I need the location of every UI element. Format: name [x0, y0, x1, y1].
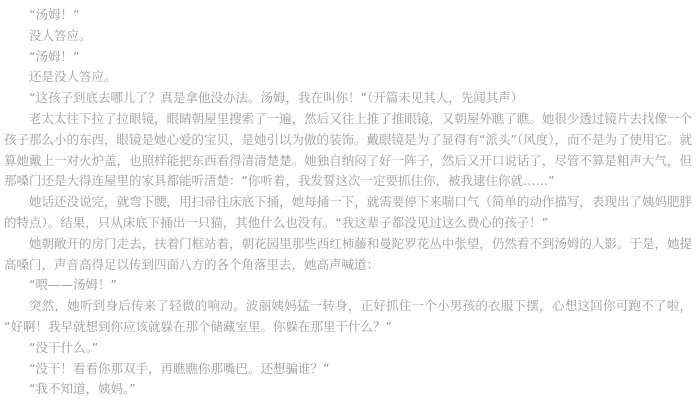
paragraph: 她话还没说完，就弯下腰，用扫帚往床底下捅，她每捅一下，就需要停下来喘口气（简单的…: [4, 192, 692, 234]
paragraph: “喂——汤姆！”: [4, 275, 692, 296]
paragraph: 老太太往下拉了拉眼镜，眼睛朝屋里搜索了一遍，然后又往上推了推眼镜，又朝屋外瞧了瞧…: [4, 109, 692, 192]
paragraph: “汤姆！”: [4, 5, 692, 26]
paragraph: “汤姆！”: [4, 47, 692, 68]
paragraph: 她朝敞开的房门走去，扶着门框站着，朝花园里那些西红柿藤和曼陀罗花丛中张望，仍然看…: [4, 234, 692, 276]
paragraph: “没干！看看你那双手，再瞧瞧你那嘴巴。还想骗谁？”: [4, 359, 692, 380]
paragraph: “这孩子到底去哪儿了？真是拿他没办法。汤姆，我在叫你！”（开篇未见其人，先闻其声…: [4, 88, 692, 109]
paragraph: “没干什么。”: [4, 338, 692, 359]
document-page: { "colors": { "background": "#ffffff", "…: [0, 0, 700, 400]
paragraph: 没人答应。: [4, 26, 692, 47]
paragraph: 还是没人答应。: [4, 67, 692, 88]
paragraph: 突然，她听到身后传来了轻微的响动。波丽姨妈猛一转身，正好抓住一个小男孩的衣服下摆…: [4, 296, 692, 338]
paragraph: “我不知道，姨妈。”: [4, 379, 692, 400]
document-text: “汤姆！”没人答应。“汤姆！”还是没人答应。“这孩子到底去哪儿了？真是拿他没办法…: [0, 0, 700, 400]
